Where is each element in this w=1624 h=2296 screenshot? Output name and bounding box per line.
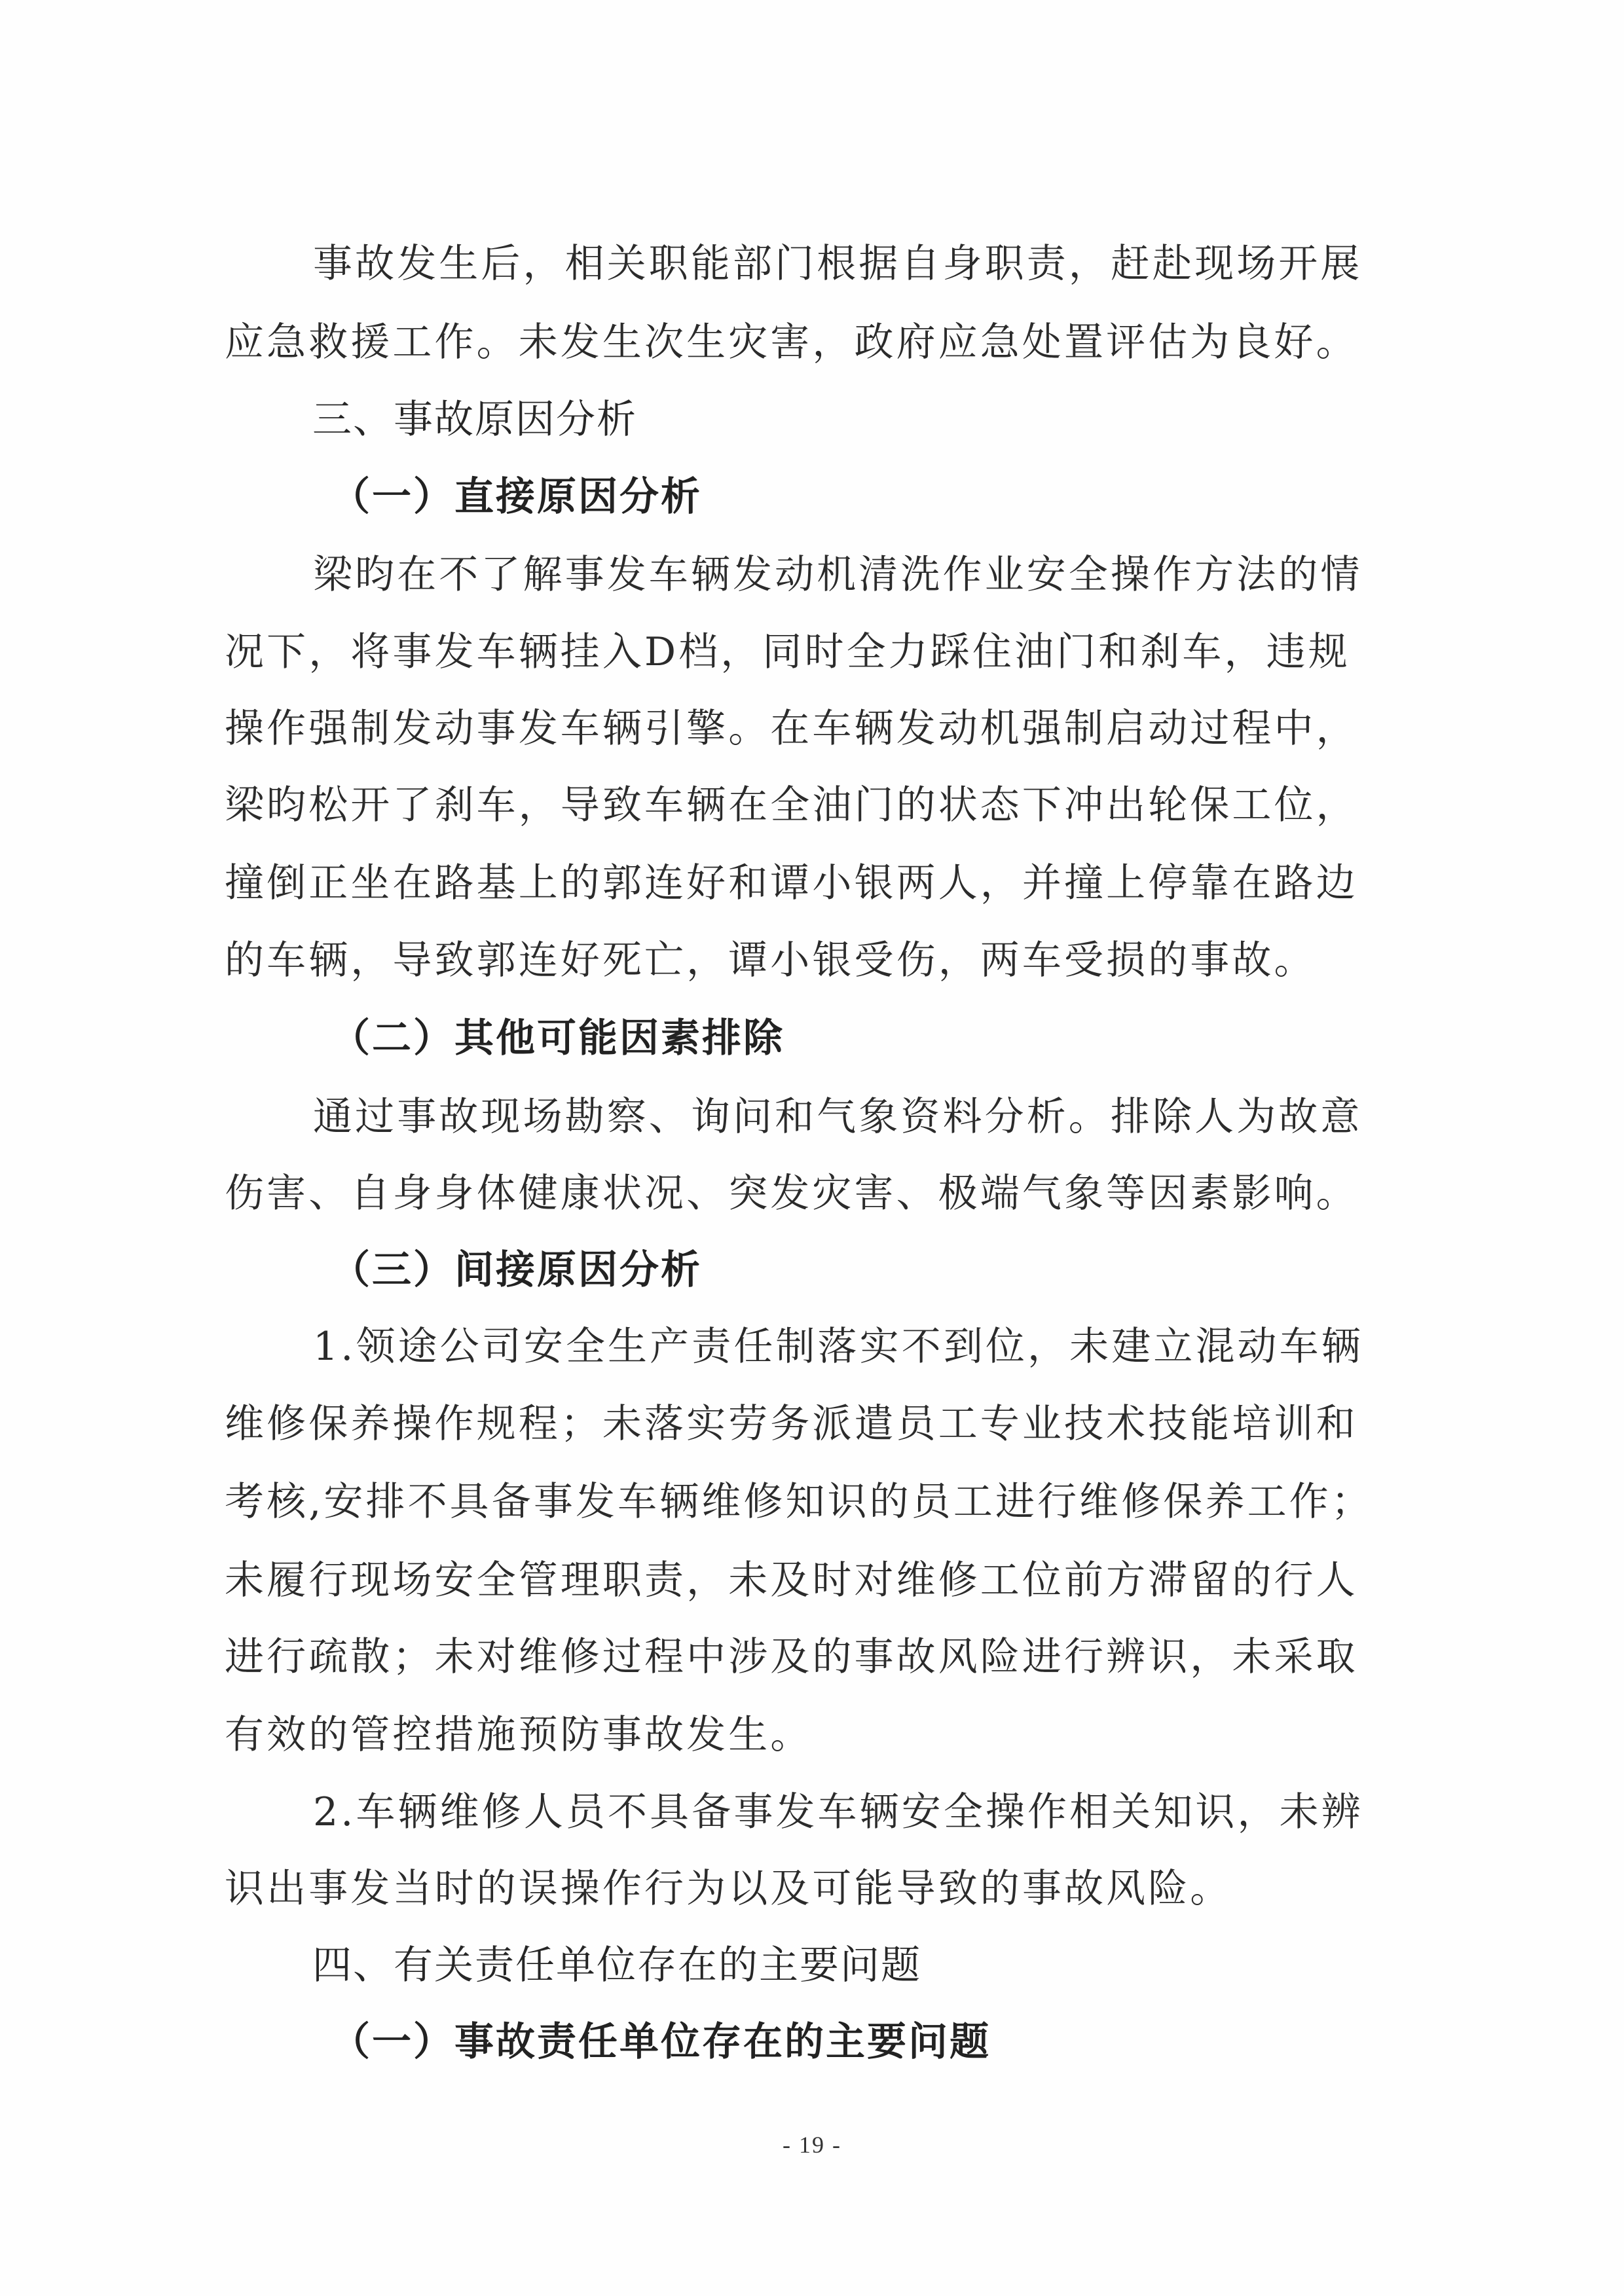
paragraph-line: 操作强制发动事发车辆引擎。在车辆发动机强制启动过程中， <box>225 706 1358 752</box>
list-item-line: 识出事发当时的误操作行为以及可能导致的事故风险。 <box>225 1866 1232 1912</box>
list-item-line: 未履行现场安全管理职责，未及时对维修工位前方滞留的行人 <box>225 1558 1358 1603</box>
subsection-heading-other-factors: （二）其他可能因素排除 <box>331 1015 784 1061</box>
list-item-line: 进行疏散；未对维修过程中涉及的事故风险进行辨识，未采取 <box>225 1634 1358 1680</box>
list-item-line: 2.车辆维修人员不具备事发车辆安全操作相关知识，未辨 <box>313 1789 1363 1835</box>
paragraph-line: 伤害、自身身体健康状况、突发灾害、极端气象等因素影响。 <box>225 1171 1358 1216</box>
document-page: 事故发生后，相关职能部门根据自身职责，赶赴现场开展 应急救援工作。未发生次生灾害… <box>0 0 1624 2296</box>
paragraph-line: 通过事故现场勘察、询问和气象资料分析。排除人为故意 <box>313 1094 1363 1140</box>
paragraph-line: 事故发生后，相关职能部门根据自身职责，赶赴现场开展 <box>313 241 1363 287</box>
section-heading-4: 四、有关责任单位存在的主要问题 <box>312 1942 921 1988</box>
subsection-heading-responsible-units: （一）事故责任单位存在的主要问题 <box>331 2019 991 2065</box>
list-item-line: 1.领途公司安全生产责任制落实不到位，未建立混动车辆 <box>313 1324 1363 1370</box>
list-item-line: 考核,安排不具备事发车辆维修知识的员工进行维修保养工作； <box>225 1479 1373 1525</box>
section-heading-3: 三、事故原因分析 <box>312 397 637 443</box>
list-item-line: 维修保养操作规程；未落实劳务派遣员工专业技术技能培训和 <box>225 1401 1358 1447</box>
paragraph-line: 撞倒正坐在路基上的郭连好和谭小银两人，并撞上停靠在路边 <box>225 860 1358 906</box>
paragraph-line: 应急救援工作。未发生次生灾害，政府应急处置评估为良好。 <box>225 319 1358 365</box>
list-item-line: 有效的管控措施预防事故发生。 <box>225 1712 812 1758</box>
subsection-heading-indirect-cause: （三）间接原因分析 <box>331 1247 702 1293</box>
paragraph-line: 的车辆，导致郭连好死亡，谭小银受伤，两车受损的事故。 <box>225 938 1316 983</box>
subsection-heading-direct-cause: （一）直接原因分析 <box>331 474 702 520</box>
paragraph-line: 梁昀在不了解事发车辆发动机清洗作业安全操作方法的情 <box>313 552 1363 598</box>
paragraph-line: 况下，将事发车辆挂入D档，同时全力踩住油门和刹车，违规 <box>225 629 1350 675</box>
page-number: - 19 - <box>747 2132 877 2158</box>
paragraph-line: 梁昀松开了刹车，导致车辆在全油门的状态下冲出轮保工位， <box>225 782 1358 828</box>
